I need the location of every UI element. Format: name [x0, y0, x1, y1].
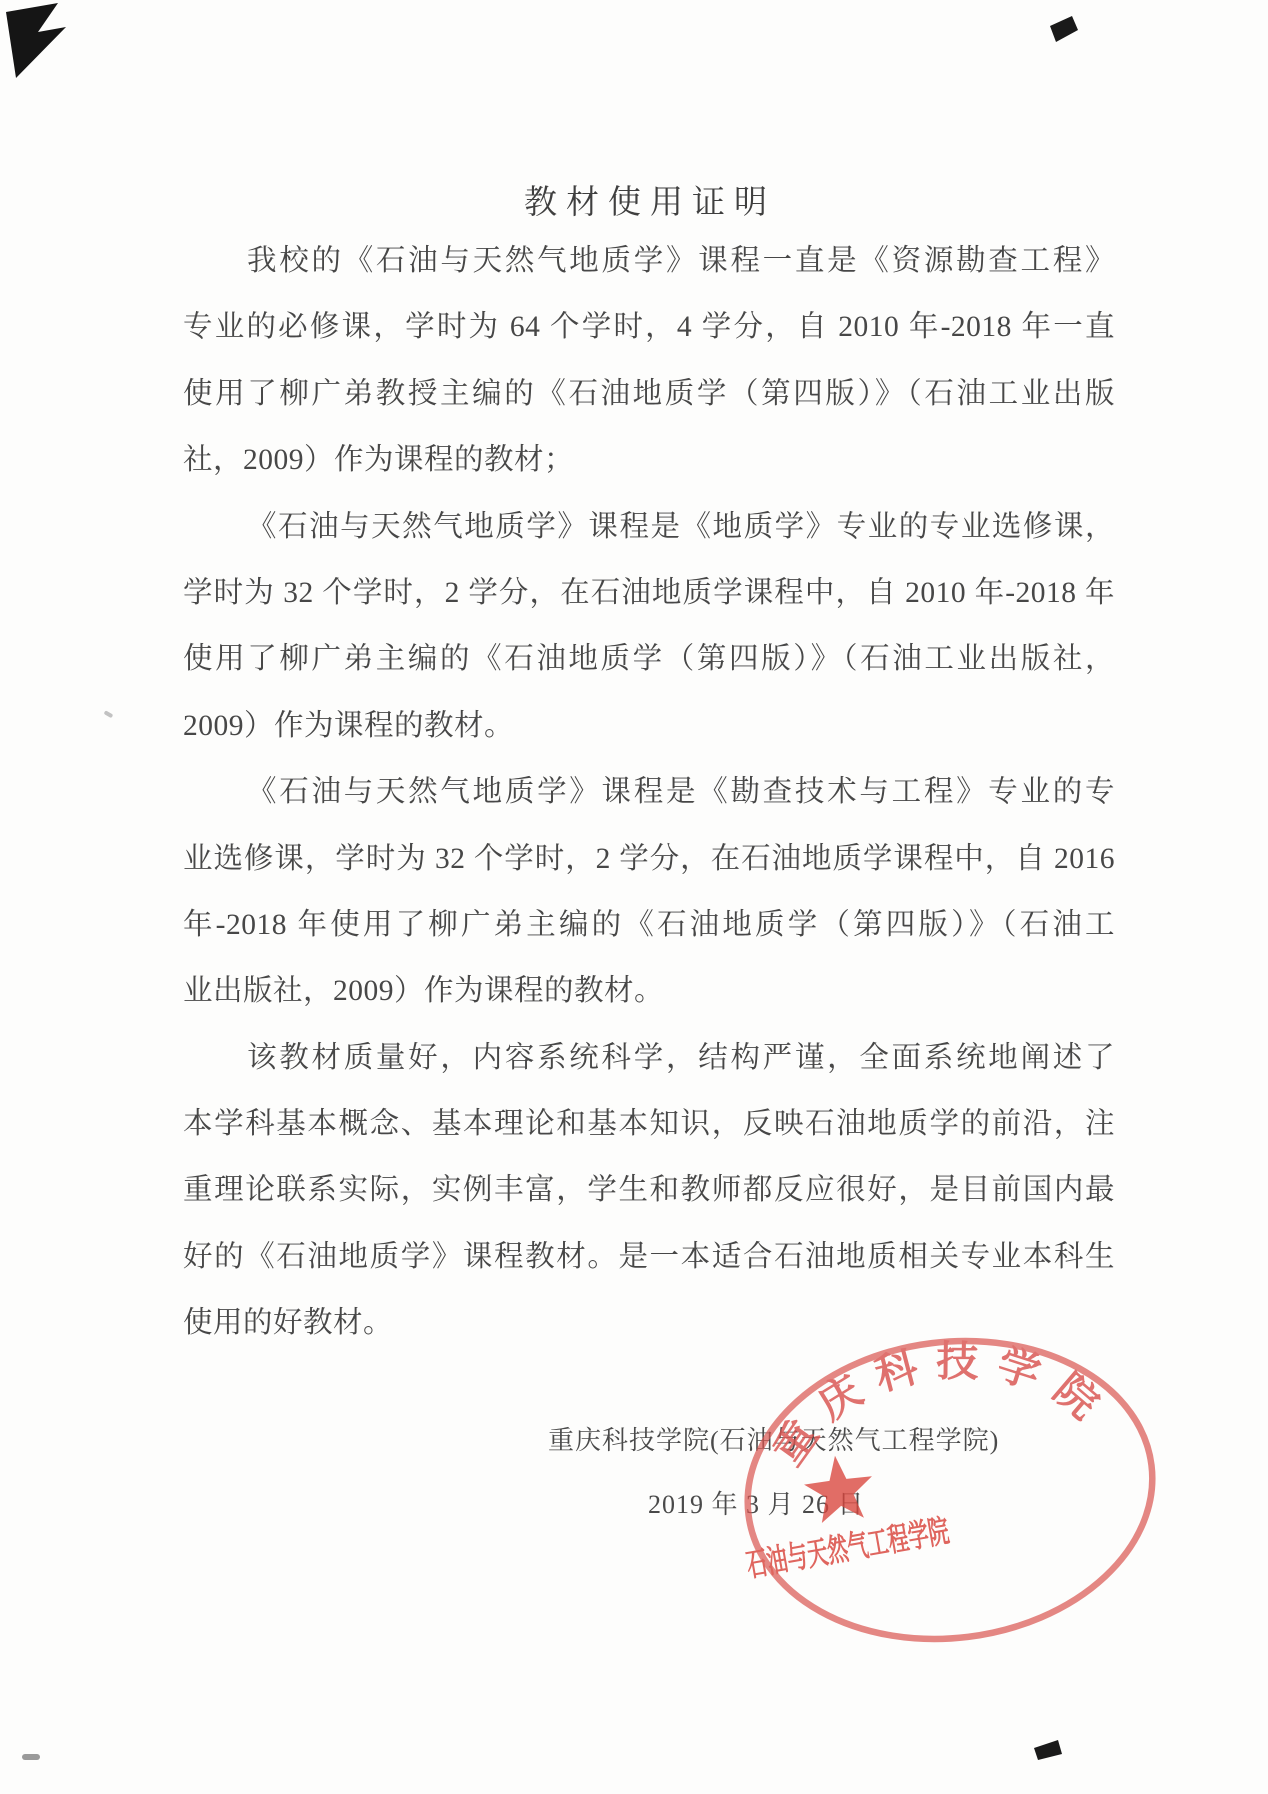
body-line: 使用了柳广弟教授主编的《石油地质学（第四版）》（石油工业出版: [183, 361, 1115, 427]
body-line: 2009）作为课程的教材。: [183, 693, 1115, 759]
stamp-bottom-text: 石油与天然气工程学院: [744, 1512, 952, 1584]
body-line: 使用了柳广弟主编的《石油地质学（第四版）》（石油工业出版社，: [183, 626, 1115, 692]
document-body: 我校的《石油与天然气地质学》课程一直是《资源勘查工程》 专业的必修课，学时为 6…: [183, 228, 1115, 1357]
scan-artifact-top-right: [1046, 12, 1086, 48]
body-line: 《石油与天然气地质学》课程是《勘查技术与工程》专业的专: [183, 759, 1115, 825]
signature-line: 重庆科技学院(石油与天然气工程学院): [548, 1420, 999, 1457]
scan-artifact-top-left: [0, 0, 80, 85]
body-line: 该教材质量好，内容系统科学，结构严谨，全面系统地阐述了: [183, 1025, 1115, 1091]
body-line: 业选修课，学时为 32 个学时，2 学分，在石油地质学课程中，自 2016: [183, 826, 1115, 892]
body-line: 本学科基本概念、基本理论和基本知识，反映石油地质学的前沿，注: [183, 1091, 1115, 1157]
body-line: 《石油与天然气地质学》课程是《地质学》专业的专业选修课，: [183, 494, 1115, 560]
body-line: 重理论联系实际，实例丰富，学生和教师都反应很好，是目前国内最: [183, 1157, 1115, 1223]
scan-speck: [100, 706, 118, 724]
scan-artifact-bottom-right: [1030, 1736, 1070, 1766]
body-line: 使用的好教材。: [183, 1290, 1115, 1356]
body-line: 业出版社，2009）作为课程的教材。: [183, 958, 1115, 1024]
body-line: 学时为 32 个学时，2 学分，在石油地质学课程中，自 2010 年-2018 …: [183, 560, 1115, 626]
body-line: 我校的《石油与天然气地质学》课程一直是《资源勘查工程》: [183, 228, 1115, 294]
date-line: 2019 年 3 月 26 日: [648, 1484, 865, 1521]
body-line: 好的《石油地质学》课程教材。是一本适合石油地质相关专业本科生: [183, 1224, 1115, 1290]
body-line: 社，2009）作为课程的教材；: [183, 427, 1115, 493]
scanned-certificate-page: 教材使用证明 我校的《石油与天然气地质学》课程一直是《资源勘查工程》 专业的必修…: [0, 0, 1268, 1794]
body-line: 年-2018 年使用了柳广弟主编的《石油地质学（第四版）》（石油工: [183, 892, 1115, 958]
scan-artifact-bottom-left: [20, 1750, 46, 1764]
body-line: 专业的必修课，学时为 64 个学时，4 学分，自 2010 年-2018 年一直: [183, 294, 1115, 360]
document-title: 教材使用证明: [185, 176, 1115, 223]
